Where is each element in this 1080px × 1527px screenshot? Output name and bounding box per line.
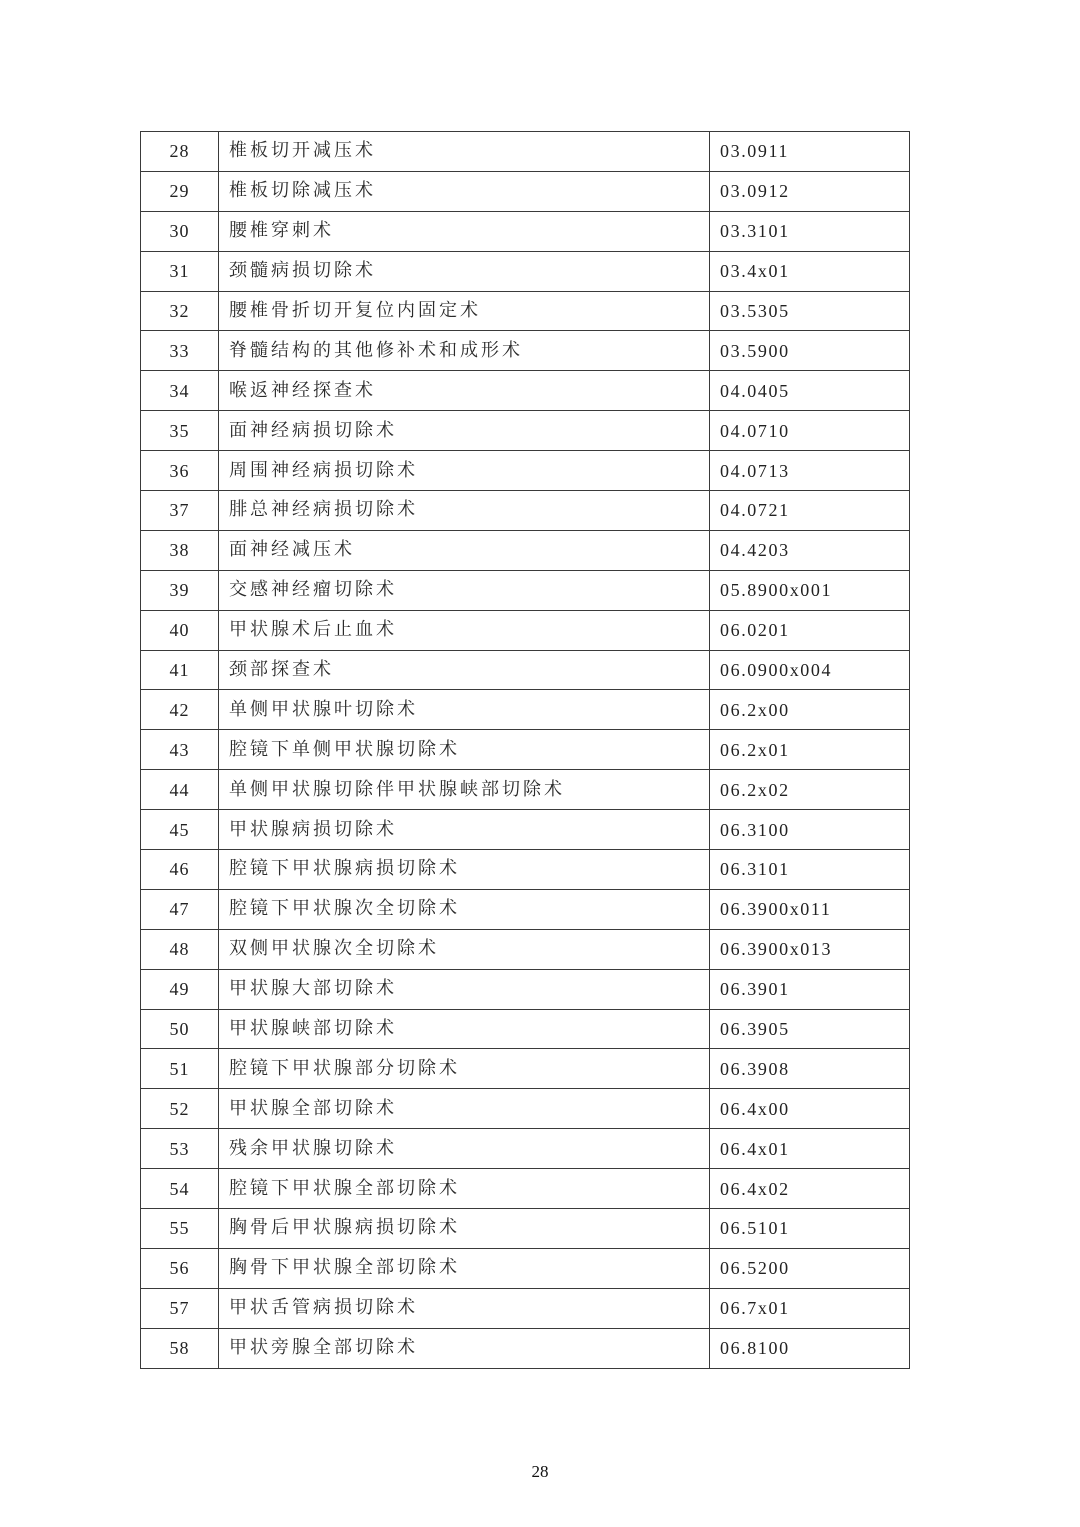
procedure-code-cell: 03.0912 (710, 171, 910, 211)
procedure-code-cell: 06.4x00 (710, 1089, 910, 1129)
document-page: 28椎板切开减压术03.091129椎板切除减压术03.091230腰椎穿刺术0… (0, 0, 1080, 1527)
procedure-code-cell: 06.5101 (710, 1209, 910, 1249)
row-number-cell: 45 (141, 810, 219, 850)
procedure-name-cell: 颈部探查术 (219, 650, 710, 690)
table-row: 56胸骨下甲状腺全部切除术06.5200 (141, 1248, 910, 1288)
procedure-name-cell: 残余甲状腺切除术 (219, 1129, 710, 1169)
procedure-name-cell: 胸骨后甲状腺病损切除术 (219, 1209, 710, 1249)
procedure-code-cell: 06.2x02 (710, 770, 910, 810)
procedure-code-cell: 06.3900x013 (710, 929, 910, 969)
table-row: 38面神经减压术04.4203 (141, 530, 910, 570)
table-row: 46腔镜下甲状腺病损切除术06.3101 (141, 850, 910, 890)
row-number-cell: 58 (141, 1328, 219, 1368)
procedure-code-cell: 06.3101 (710, 850, 910, 890)
procedure-code-cell: 06.3900x011 (710, 889, 910, 929)
table-row: 58甲状旁腺全部切除术06.8100 (141, 1328, 910, 1368)
procedure-code-cell: 06.8100 (710, 1328, 910, 1368)
procedure-code-cell: 06.3905 (710, 1009, 910, 1049)
procedure-name-cell: 腔镜下甲状腺全部切除术 (219, 1169, 710, 1209)
table-row: 41颈部探查术06.0900x004 (141, 650, 910, 690)
row-number-cell: 42 (141, 690, 219, 730)
table-row: 53残余甲状腺切除术06.4x01 (141, 1129, 910, 1169)
procedure-name-cell: 腔镜下甲状腺部分切除术 (219, 1049, 710, 1089)
table-row: 32腰椎骨折切开复位内固定术03.5305 (141, 291, 910, 331)
row-number-cell: 48 (141, 929, 219, 969)
procedure-name-cell: 甲状旁腺全部切除术 (219, 1328, 710, 1368)
row-number-cell: 44 (141, 770, 219, 810)
procedure-name-cell: 腓总神经病损切除术 (219, 491, 710, 531)
row-number-cell: 41 (141, 650, 219, 690)
row-number-cell: 28 (141, 132, 219, 172)
table-row: 42单侧甲状腺叶切除术06.2x00 (141, 690, 910, 730)
row-number-cell: 57 (141, 1288, 219, 1328)
procedure-code-cell: 04.0405 (710, 371, 910, 411)
procedure-name-cell: 颈髓病损切除术 (219, 251, 710, 291)
procedure-code-cell: 06.2x00 (710, 690, 910, 730)
procedure-name-cell: 面神经减压术 (219, 530, 710, 570)
row-number-cell: 40 (141, 610, 219, 650)
row-number-cell: 47 (141, 889, 219, 929)
procedure-name-cell: 周围神经病损切除术 (219, 451, 710, 491)
table-row: 31颈髓病损切除术03.4x01 (141, 251, 910, 291)
procedure-code-cell: 03.5900 (710, 331, 910, 371)
row-number-cell: 49 (141, 969, 219, 1009)
procedure-code-cell: 03.5305 (710, 291, 910, 331)
row-number-cell: 38 (141, 530, 219, 570)
procedure-code-cell: 06.4x01 (710, 1129, 910, 1169)
row-number-cell: 52 (141, 1089, 219, 1129)
row-number-cell: 39 (141, 570, 219, 610)
procedure-name-cell: 腔镜下甲状腺次全切除术 (219, 889, 710, 929)
row-number-cell: 37 (141, 491, 219, 531)
procedure-name-cell: 胸骨下甲状腺全部切除术 (219, 1248, 710, 1288)
table-row: 52甲状腺全部切除术06.4x00 (141, 1089, 910, 1129)
procedure-code-cell: 04.0713 (710, 451, 910, 491)
procedure-name-cell: 单侧甲状腺切除伴甲状腺峡部切除术 (219, 770, 710, 810)
table-row: 34喉返神经探查术04.0405 (141, 371, 910, 411)
table-row: 40甲状腺术后止血术06.0201 (141, 610, 910, 650)
procedure-code-cell: 06.7x01 (710, 1288, 910, 1328)
procedure-name-cell: 单侧甲状腺叶切除术 (219, 690, 710, 730)
procedure-name-cell: 甲状腺全部切除术 (219, 1089, 710, 1129)
row-number-cell: 56 (141, 1248, 219, 1288)
row-number-cell: 46 (141, 850, 219, 890)
row-number-cell: 55 (141, 1209, 219, 1249)
row-number-cell: 36 (141, 451, 219, 491)
procedure-code-cell: 06.5200 (710, 1248, 910, 1288)
table-row: 39交感神经瘤切除术05.8900x001 (141, 570, 910, 610)
row-number-cell: 31 (141, 251, 219, 291)
table-row: 36周围神经病损切除术04.0713 (141, 451, 910, 491)
procedure-code-cell: 06.3100 (710, 810, 910, 850)
procedure-code-cell: 06.0201 (710, 610, 910, 650)
table-row: 49甲状腺大部切除术06.3901 (141, 969, 910, 1009)
table-row: 43腔镜下单侧甲状腺切除术06.2x01 (141, 730, 910, 770)
procedure-name-cell: 双侧甲状腺次全切除术 (219, 929, 710, 969)
table-row: 33脊髓结构的其他修补术和成形术03.5900 (141, 331, 910, 371)
table-row: 57甲状舌管病损切除术06.7x01 (141, 1288, 910, 1328)
row-number-cell: 50 (141, 1009, 219, 1049)
procedure-code-cell: 06.3901 (710, 969, 910, 1009)
procedure-code-cell: 06.0900x004 (710, 650, 910, 690)
table-row: 48双侧甲状腺次全切除术06.3900x013 (141, 929, 910, 969)
procedure-code-cell: 04.0710 (710, 411, 910, 451)
row-number-cell: 53 (141, 1129, 219, 1169)
procedure-code-cell: 06.4x02 (710, 1169, 910, 1209)
procedure-code-cell: 04.4203 (710, 530, 910, 570)
row-number-cell: 51 (141, 1049, 219, 1089)
procedure-name-cell: 腔镜下甲状腺病损切除术 (219, 850, 710, 890)
procedure-name-cell: 面神经病损切除术 (219, 411, 710, 451)
procedure-code-cell: 03.0911 (710, 132, 910, 172)
row-number-cell: 32 (141, 291, 219, 331)
row-number-cell: 35 (141, 411, 219, 451)
procedure-name-cell: 脊髓结构的其他修补术和成形术 (219, 331, 710, 371)
procedure-name-cell: 喉返神经探查术 (219, 371, 710, 411)
row-number-cell: 30 (141, 211, 219, 251)
procedure-name-cell: 椎板切开减压术 (219, 132, 710, 172)
table-row: 51腔镜下甲状腺部分切除术06.3908 (141, 1049, 910, 1089)
procedure-table: 28椎板切开减压术03.091129椎板切除减压术03.091230腰椎穿刺术0… (140, 131, 910, 1369)
table-row: 47腔镜下甲状腺次全切除术06.3900x011 (141, 889, 910, 929)
row-number-cell: 43 (141, 730, 219, 770)
procedure-name-cell: 甲状腺病损切除术 (219, 810, 710, 850)
procedure-name-cell: 腔镜下单侧甲状腺切除术 (219, 730, 710, 770)
procedure-table-body: 28椎板切开减压术03.091129椎板切除减压术03.091230腰椎穿刺术0… (141, 132, 910, 1369)
table-row: 54腔镜下甲状腺全部切除术06.4x02 (141, 1169, 910, 1209)
table-row: 55胸骨后甲状腺病损切除术06.5101 (141, 1209, 910, 1249)
procedure-code-cell: 03.4x01 (710, 251, 910, 291)
table-row: 37腓总神经病损切除术04.0721 (141, 491, 910, 531)
row-number-cell: 54 (141, 1169, 219, 1209)
table-row: 45甲状腺病损切除术06.3100 (141, 810, 910, 850)
procedure-name-cell: 交感神经瘤切除术 (219, 570, 710, 610)
page-number: 28 (0, 1462, 1080, 1482)
procedure-name-cell: 腰椎穿刺术 (219, 211, 710, 251)
procedure-code-cell: 04.0721 (710, 491, 910, 531)
row-number-cell: 34 (141, 371, 219, 411)
procedure-name-cell: 甲状腺术后止血术 (219, 610, 710, 650)
table-row: 30腰椎穿刺术03.3101 (141, 211, 910, 251)
procedure-name-cell: 甲状舌管病损切除术 (219, 1288, 710, 1328)
procedure-name-cell: 甲状腺峡部切除术 (219, 1009, 710, 1049)
procedure-name-cell: 椎板切除减压术 (219, 171, 710, 211)
procedure-code-cell: 05.8900x001 (710, 570, 910, 610)
table-row: 35面神经病损切除术04.0710 (141, 411, 910, 451)
table-row: 29椎板切除减压术03.0912 (141, 171, 910, 211)
table-row: 44单侧甲状腺切除伴甲状腺峡部切除术06.2x02 (141, 770, 910, 810)
table-row: 28椎板切开减压术03.0911 (141, 132, 910, 172)
procedure-code-cell: 06.2x01 (710, 730, 910, 770)
row-number-cell: 29 (141, 171, 219, 211)
row-number-cell: 33 (141, 331, 219, 371)
procedure-name-cell: 腰椎骨折切开复位内固定术 (219, 291, 710, 331)
procedure-code-cell: 06.3908 (710, 1049, 910, 1089)
procedure-name-cell: 甲状腺大部切除术 (219, 969, 710, 1009)
table-row: 50甲状腺峡部切除术06.3905 (141, 1009, 910, 1049)
procedure-code-cell: 03.3101 (710, 211, 910, 251)
